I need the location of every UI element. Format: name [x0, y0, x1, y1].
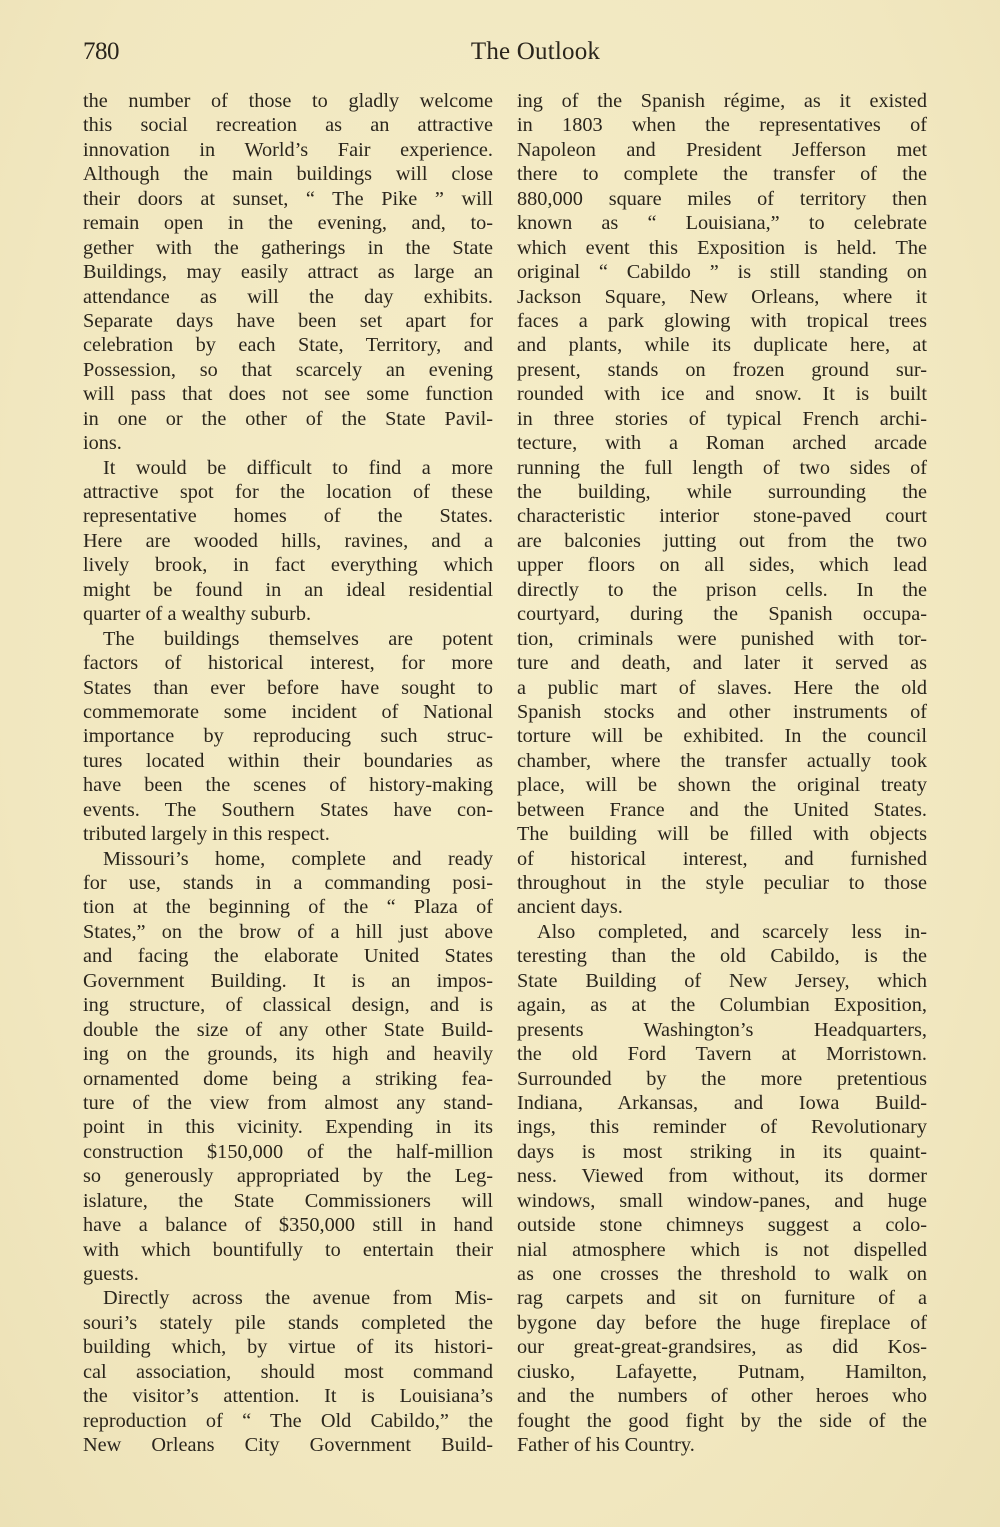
text-line: commemorate some incident of National	[83, 700, 493, 724]
text-line: ions.	[83, 431, 493, 455]
text-line: Also completed, and scarcely less in-	[517, 920, 927, 944]
text-line: present, stands on frozen ground sur-	[517, 358, 927, 382]
text-line: Napoleon and President Jefferson met	[517, 138, 927, 162]
text-line: State Building of New Jersey, which	[517, 969, 927, 993]
text-column-left: the number of those to gladly welcomethi…	[83, 89, 493, 1458]
text-line: Government Building. It is an impos-	[83, 969, 493, 993]
text-line: tion at the beginning of the “ Plaza of	[83, 895, 493, 919]
text-line: attendance as will the day exhibits.	[83, 285, 493, 309]
text-line: ing on the grounds, its high and heavily	[83, 1042, 493, 1066]
text-line: islature, the State Commissioners will	[83, 1189, 493, 1213]
text-line: souri’s stately pile stands completed th…	[83, 1311, 493, 1335]
text-line: tion, criminals were punished with tor-	[517, 627, 927, 651]
text-line: have been the scenes of history-making	[83, 773, 493, 797]
text-line: presents Washington’s Headquarters,	[517, 1018, 927, 1042]
text-line: in one or the other of the State Pavil-	[83, 407, 493, 431]
text-line: nial atmosphere which is not dispelled	[517, 1238, 927, 1262]
text-line: might be found in an ideal residential	[83, 578, 493, 602]
text-line: importance by reproducing such struc-	[83, 724, 493, 748]
text-line: outside stone chimneys suggest a colo-	[517, 1213, 927, 1237]
text-line: chamber, where the transfer actually too…	[517, 749, 927, 773]
text-line: bygone day before the huge fireplace of	[517, 1311, 927, 1335]
text-line: ture of the view from almost any stand-	[83, 1091, 493, 1115]
text-line: ings, this reminder of Revolutionary	[517, 1115, 927, 1139]
text-line: characteristic interior stone-paved cour…	[517, 504, 927, 528]
text-line: ciusko, Lafayette, Putnam, Hamilton,	[517, 1360, 927, 1384]
text-line: directly to the prison cells. In the	[517, 578, 927, 602]
text-line: ture and death, and later it served as	[517, 651, 927, 675]
text-line: 880,000 square miles of territory then	[517, 187, 927, 211]
text-line: The building will be filled with objects	[517, 822, 927, 846]
text-line: reproduction of “ The Old Cabildo,” the	[83, 1409, 493, 1433]
text-line: celebration by each State, Territory, an…	[83, 333, 493, 357]
text-line: New Orleans City Government Build-	[83, 1433, 493, 1457]
text-line: fought the good fight by the side of the	[517, 1409, 927, 1433]
text-line: with which bountifully to entertain thei…	[83, 1238, 493, 1262]
text-line: Father of his Country.	[517, 1433, 927, 1457]
text-line: gether with the gatherings in the State	[83, 236, 493, 260]
text-line: again, as at the Columbian Exposition,	[517, 993, 927, 1017]
text-line: and facing the elaborate United States	[83, 944, 493, 968]
text-line: the old Ford Tavern at Morristown.	[517, 1042, 927, 1066]
text-line: factors of historical interest, for more	[83, 651, 493, 675]
text-line: in three stories of typical French archi…	[517, 407, 927, 431]
text-line: a public mart of slaves. Here the old	[517, 676, 927, 700]
text-line: this social recreation as an attractive	[83, 113, 493, 137]
text-line: as one crosses the threshold to walk on	[517, 1262, 927, 1286]
text-line: for use, stands in a commanding posi-	[83, 871, 493, 895]
text-line: innovation in World’s Fair experience.	[83, 138, 493, 162]
text-line: the number of those to gladly welcome	[83, 89, 493, 113]
text-line: our great-great-grandsires, as did Kos-	[517, 1335, 927, 1359]
text-line: Possession, so that scarcely an evening	[83, 358, 493, 382]
text-line: in 1803 when the representatives of	[517, 113, 927, 137]
text-line: and the numbers of other heroes who	[517, 1384, 927, 1408]
text-line: lively brook, in fact everything which	[83, 553, 493, 577]
text-line: between France and the United States.	[517, 798, 927, 822]
text-line: courtyard, during the Spanish occupa-	[517, 602, 927, 626]
text-line: double the size of any other State Build…	[83, 1018, 493, 1042]
text-line: ornamented dome being a striking fea-	[83, 1067, 493, 1091]
text-line: rounded with ice and snow. It is built	[517, 382, 927, 406]
text-line: known as “ Louisiana,” to celebrate	[517, 211, 927, 235]
text-line: their doors at sunset, “ The Pike ” will	[83, 187, 493, 211]
text-line: remain open in the evening, and, to-	[83, 211, 493, 235]
text-line: ing of the Spanish régime, as it existed	[517, 89, 927, 113]
text-line: Spanish stocks and other instruments of	[517, 700, 927, 724]
text-line: original “ Cabildo ” is still standing o…	[517, 260, 927, 284]
text-line: have a balance of $350,000 still in hand	[83, 1213, 493, 1237]
text-line: ancient days.	[517, 895, 927, 919]
text-line: The buildings themselves are potent	[83, 627, 493, 651]
text-line: Here are wooded hills, ravines, and a	[83, 529, 493, 553]
text-line: which event this Exposition is held. The	[517, 236, 927, 260]
text-line: upper floors on all sides, which lead	[517, 553, 927, 577]
text-line: of historical interest, and furnished	[517, 847, 927, 871]
text-line: quarter of a wealthy suburb.	[83, 602, 493, 626]
text-line: place, will be shown the original treaty	[517, 773, 927, 797]
text-line: there to complete the transfer of the	[517, 162, 927, 186]
text-line: States,” on the brow of a hill just abov…	[83, 920, 493, 944]
text-line: Buildings, may easily attract as large a…	[83, 260, 493, 284]
text-line: ness. Viewed from without, its dormer	[517, 1164, 927, 1188]
text-line: tributed largely in this respect.	[83, 822, 493, 846]
text-line: Surrounded by the more pretentious	[517, 1067, 927, 1091]
text-line: Jackson Square, New Orleans, where it	[517, 285, 927, 309]
text-line: the visitor’s attention. It is Louisiana…	[83, 1384, 493, 1408]
text-line: Although the main buildings will close	[83, 162, 493, 186]
text-line: Missouri’s home, complete and ready	[83, 847, 493, 871]
text-line: windows, small window-panes, and huge	[517, 1189, 927, 1213]
running-title: The Outlook	[83, 38, 928, 66]
text-line: rag carpets and sit on furniture of a	[517, 1286, 927, 1310]
text-line: construction $150,000 of the half-millio…	[83, 1140, 493, 1164]
text-line: Separate days have been set apart for	[83, 309, 493, 333]
text-line: the building, while surrounding the	[517, 480, 927, 504]
text-line: It would be difficult to find a more	[83, 456, 493, 480]
text-line: Directly across the avenue from Mis-	[83, 1286, 493, 1310]
text-line: throughout in the style peculiar to thos…	[517, 871, 927, 895]
text-line: days is most striking in its quaint-	[517, 1140, 927, 1164]
text-line: tures located within their boundaries as	[83, 749, 493, 773]
text-line: guests.	[83, 1262, 493, 1286]
text-column-right: ing of the Spanish régime, as it existed…	[517, 89, 927, 1458]
text-line: building which, by virtue of its histori…	[83, 1335, 493, 1359]
text-line: Indiana, Arkansas, and Iowa Build-	[517, 1091, 927, 1115]
text-line: are balconies jutting out from the two	[517, 529, 927, 553]
text-line: teresting than the old Cabildo, is the	[517, 944, 927, 968]
text-line: faces a park glowing with tropical trees	[517, 309, 927, 333]
text-line: States than ever before have sought to	[83, 676, 493, 700]
text-line: representative homes of the States.	[83, 504, 493, 528]
text-line: tecture, with a Roman arched arcade	[517, 431, 927, 455]
text-line: events. The Southern States have con-	[83, 798, 493, 822]
text-line: so generously appropriated by the Leg-	[83, 1164, 493, 1188]
text-line: attractive spot for the location of thes…	[83, 480, 493, 504]
text-line: cal association, should most command	[83, 1360, 493, 1384]
text-line: will pass that does not see some functio…	[83, 382, 493, 406]
text-line: torture will be exhibited. In the counci…	[517, 724, 927, 748]
text-line: point in this vicinity. Expending in its	[83, 1115, 493, 1139]
page-header: 780 The Outlook	[83, 38, 928, 72]
text-line: and plants, while its duplicate here, at	[517, 333, 927, 357]
magazine-page: 780 The Outlook the number of those to g…	[0, 0, 1000, 1527]
text-line: ing structure, of classical design, and …	[83, 993, 493, 1017]
text-line: running the full length of two sides of	[517, 456, 927, 480]
